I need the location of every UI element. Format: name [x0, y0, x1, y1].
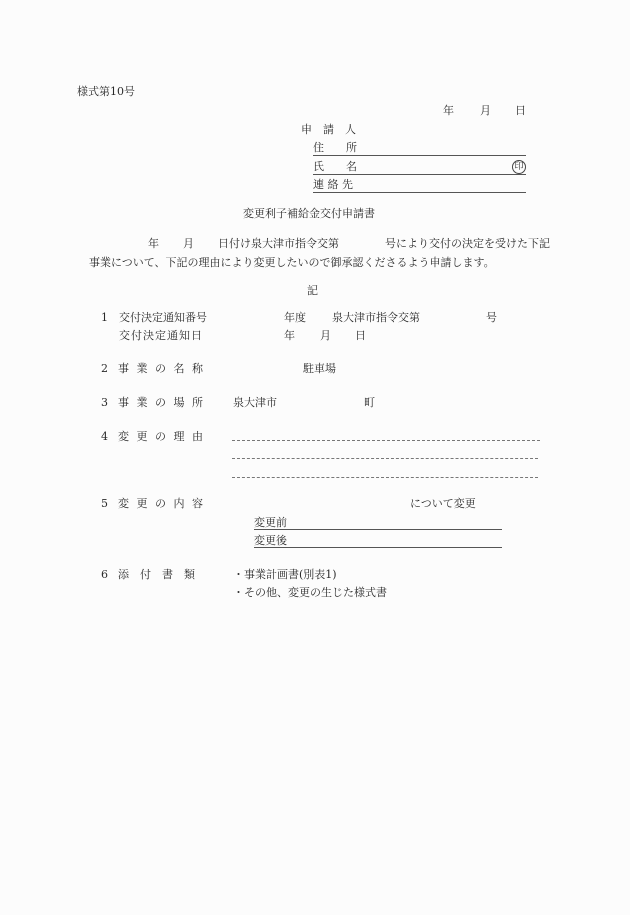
body-line1-tail: 号により交付の決定を受けた下記	[385, 237, 550, 251]
applicant-heading: 申 請 人	[301, 123, 356, 137]
item-5-label: 変 更 の 内 容	[118, 497, 205, 511]
item-2-label: 事 業 の 名 称	[118, 362, 205, 376]
item-1-number: 1	[101, 311, 108, 325]
reason-line-1[interactable]	[232, 440, 540, 441]
reason-line-3[interactable]	[232, 477, 538, 478]
item-3-number: 3	[101, 396, 108, 410]
address-field[interactable]	[313, 155, 526, 156]
item-6-number: 6	[101, 568, 108, 582]
name-label: 氏 名	[313, 160, 357, 174]
address-label: 住 所	[313, 141, 357, 155]
item-1-sub-label: 交付決定通知日	[119, 329, 203, 343]
item-5-before-label: 変更前	[254, 516, 287, 530]
item-1-go: 号	[486, 311, 497, 325]
body-line2: 事業について、下記の理由により変更したいので御承認くださるよう申請します。	[89, 256, 495, 270]
item-1-sub-month: 月	[320, 329, 331, 343]
body-year: 年	[148, 237, 159, 251]
item-5-after-label: 変更後	[254, 534, 287, 548]
item-3-town: 町	[364, 396, 375, 410]
before-field[interactable]	[254, 529, 502, 530]
after-field[interactable]	[254, 547, 502, 548]
contact-field[interactable]	[313, 192, 526, 193]
item-2-number: 2	[101, 362, 108, 376]
item-1-directive: 泉大津市指令交第	[332, 311, 420, 325]
item-4-number: 4	[101, 430, 108, 444]
item-1-label: 交付決定通知番号	[119, 311, 207, 325]
contact-label: 連 絡 先	[313, 178, 353, 192]
document-title: 変更利子補給金交付申請書	[243, 207, 375, 221]
item-2-value: 駐車場	[303, 362, 336, 376]
date-day-label: 日	[515, 104, 526, 118]
attachment-2: ・その他、変更の生じた様式書	[233, 586, 387, 600]
item-3-label: 事 業 の 場 所	[118, 396, 205, 410]
body-month: 月	[183, 237, 194, 251]
item-5-number: 5	[101, 497, 108, 511]
form-number: 様式第10号	[77, 85, 135, 99]
item-1-sub-day: 日	[355, 329, 366, 343]
seal-icon: 印	[512, 160, 526, 174]
body-directive: 日付け泉大津市指令交第	[218, 237, 339, 251]
reason-line-2[interactable]	[232, 458, 538, 459]
item-1-sub-year: 年	[284, 329, 295, 343]
item-4-label: 変 更 の 理 由	[118, 430, 205, 444]
attachment-1: ・事業計画書(別表1)	[233, 568, 337, 582]
name-field[interactable]	[313, 174, 526, 175]
item-6-label: 添 付 書 類	[118, 568, 195, 582]
item-5-about: について変更	[410, 497, 476, 511]
item-3-city: 泉大津市	[233, 396, 277, 410]
date-year-label: 年	[443, 104, 454, 118]
date-month-label: 月	[480, 104, 491, 118]
item-1-fiscal-year: 年度	[284, 311, 306, 325]
ki-marker: 記	[307, 284, 318, 298]
